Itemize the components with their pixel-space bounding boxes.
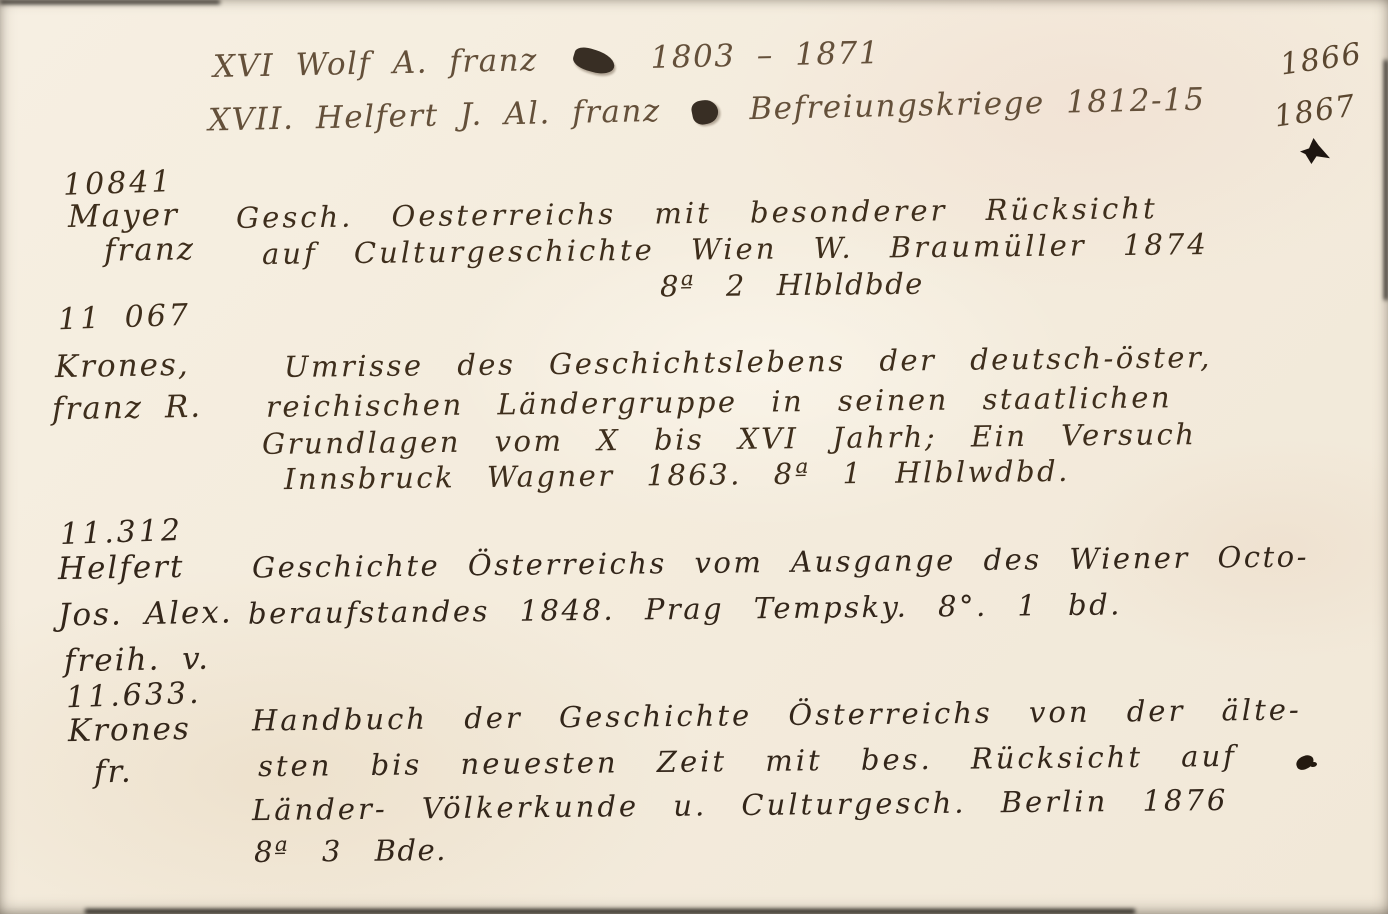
entry-4-body-line: 8ª 3 Bde.	[254, 833, 447, 869]
entry-4-body-line: Länder- Völkerkunde u. Culturgesch. Berl…	[252, 783, 1229, 827]
entry-1-author-line: Mayer	[68, 197, 180, 235]
entry-2-body-line: reichischen Ländergruppe in seinen staat…	[266, 380, 1172, 423]
ink-smudge	[571, 44, 618, 77]
header-line-2-title: Befreiungskriege 1812-15	[749, 82, 1206, 128]
header-line-1-dates: 1803 – 1871	[650, 35, 880, 76]
entry-2-author-line: Krones,	[55, 347, 190, 385]
scan-edge-shadow	[0, 0, 220, 4]
entry-4-author-line: fr.	[94, 754, 133, 791]
entry-4-number: 11.633.	[65, 676, 202, 716]
ink-blot	[1310, 762, 1317, 767]
header-line-1: XVI Wolf A. franz 1803 – 1871	[213, 35, 881, 85]
entry-1-body-line: auf Culturgeschichte Wien W. Braumüller …	[262, 227, 1209, 271]
catalog-card: XVI Wolf A. franz 1803 – 1871 1866 XVII.…	[0, 0, 1388, 914]
entry-2-body-line: Innsbruck Wagner 1863. 8ª 1 Hlblwdbd.	[284, 454, 1070, 496]
scan-edge-shadow	[1384, 60, 1388, 300]
scan-edge-shadow	[85, 909, 1135, 914]
header-year-1: 1866	[1278, 36, 1364, 82]
entry-3-author-line: freih. v.	[64, 641, 211, 680]
entry-4-body-line: sten bis neuesten Zeit mit bes. Rücksich…	[258, 739, 1237, 783]
entry-3-author-line: Helfert	[58, 549, 185, 587]
ink-blot	[1300, 138, 1330, 164]
entry-1-author-line: franz	[104, 231, 196, 269]
ink-smudge	[690, 97, 720, 126]
entry-4-body-line: Handbuch der Geschichte Österreichs von …	[252, 693, 1302, 738]
entry-3-body-line: Geschichte Österreichs vom Ausgange des …	[252, 539, 1309, 584]
entry-4-author-line: Krones	[68, 711, 191, 749]
header-line-2: XVII. Helfert J. Al. franz Befreiungskri…	[208, 82, 1206, 139]
entry-2-number: 11 067	[57, 298, 191, 338]
header-year-2: 1867	[1272, 88, 1358, 134]
entry-2-body-line: Umrisse des Geschichtslebens der deutsch…	[284, 340, 1212, 384]
entry-3-author-line: Jos. Alex.	[58, 594, 233, 633]
entry-3-number: 11.312	[59, 513, 183, 552]
header-line-1-prefix: XVI Wolf A. franz	[213, 42, 539, 85]
entry-3-body-line: beraufstandes 1848. Prag Tempsky. 8°. 1 …	[248, 587, 1122, 630]
entry-2-author-line: franz R.	[52, 389, 203, 428]
header-line-2-prefix: XVII. Helfert J. Al. franz	[208, 93, 661, 138]
entry-1-body-line: 8ª 2 Hlbldbde	[660, 267, 924, 304]
